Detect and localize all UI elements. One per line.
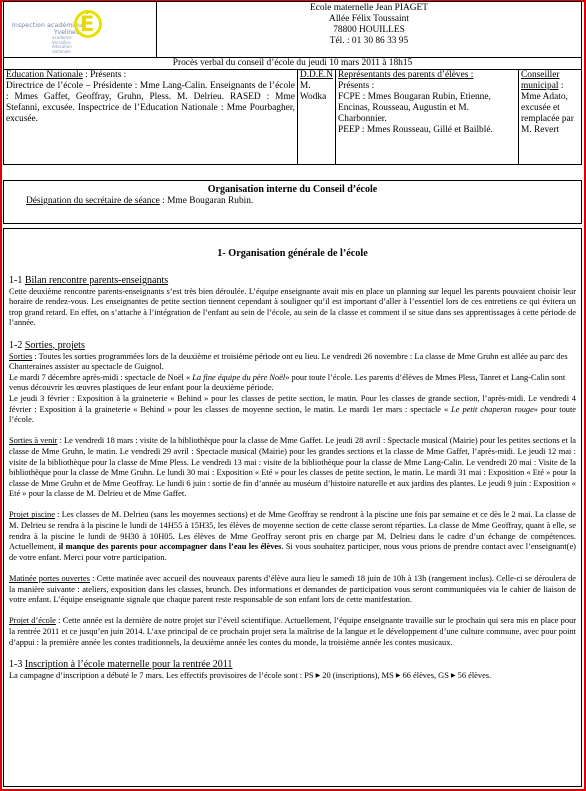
subsection-1-3-title: 1-3 Inscription à l’école maternelle pou…: [9, 659, 576, 671]
section-general-organisation: 1- Organisation générale de l’école 1-1 …: [3, 228, 582, 787]
school-city: 78800 HOUILLES: [159, 25, 579, 36]
section-title: 1- Organisation générale de l’école: [9, 249, 576, 260]
attendees-ddeen: D.D.E.N M. Wodka: [297, 70, 335, 165]
attendees-education-nationale: Education Nationale : Présents : Directr…: [4, 70, 298, 165]
projet-piscine-paragraph: Projet piscine : Les classes de M. Delri…: [9, 510, 576, 563]
e-letter-icon: É: [80, 11, 94, 37]
inscription-paragraph: La campagne d’inscription a débuté le 7 …: [9, 671, 576, 682]
logo-subtext: académie Versailles éducation nationale: [52, 36, 72, 54]
header-table: Inspection académique Yvelines académie …: [3, 1, 582, 165]
sorties-a-venir-paragraph: Sorties à venir : Le vendredi 18 mars : …: [9, 436, 576, 500]
organisation-title: Organisation interne du Conseil d’école: [4, 184, 581, 196]
document-title: Procès verbal du conseil d’école du jeud…: [4, 58, 582, 70]
secretary-designation: Désignation du secrétaire de séance : Mm…: [26, 196, 581, 207]
school-address: Ecole maternelle Jean PIAGET Allée Félix…: [157, 2, 582, 58]
logo-cell: Inspection académique Yvelines académie …: [4, 2, 157, 58]
noel-paragraph: Le mardi 7 décembre après-midi : spectac…: [9, 373, 576, 394]
fevrier-paragraph: Le jeudi 3 février : Exposition à la gra…: [9, 394, 576, 426]
subsection-1-1-title: 1-1 Bilan rencontre parents-enseignants: [9, 275, 576, 287]
subsection-1-1-text: Cette deuxième rencontre parents-enseign…: [9, 287, 576, 329]
attendees-municipal: Conseiller municipal : Mme Adato, excusé…: [519, 70, 582, 165]
organisation-box: Organisation interne du Conseil d’école …: [3, 180, 582, 224]
sorties-paragraph: Sorties : Toutes les sorties programmées…: [9, 352, 576, 373]
school-phone: Tél. : 01 30 86 33 95: [159, 36, 579, 47]
attendees-parents: Représentants des parents d’élèves : Pré…: [336, 70, 519, 165]
projet-ecole-paragraph: Projet d’école : Cette année est la dern…: [9, 616, 576, 648]
school-name: Ecole maternelle Jean PIAGET: [159, 3, 579, 14]
subsection-1-2-title: 1-2 Sorties, projets: [9, 340, 576, 352]
academy-logo: Inspection académique Yvelines académie …: [12, 6, 152, 56]
matinee-portes-ouvertes-paragraph: Matinée portes ouvertes : Cette matinée …: [9, 574, 576, 606]
school-street: Allée Félix Toussaint: [159, 14, 579, 25]
